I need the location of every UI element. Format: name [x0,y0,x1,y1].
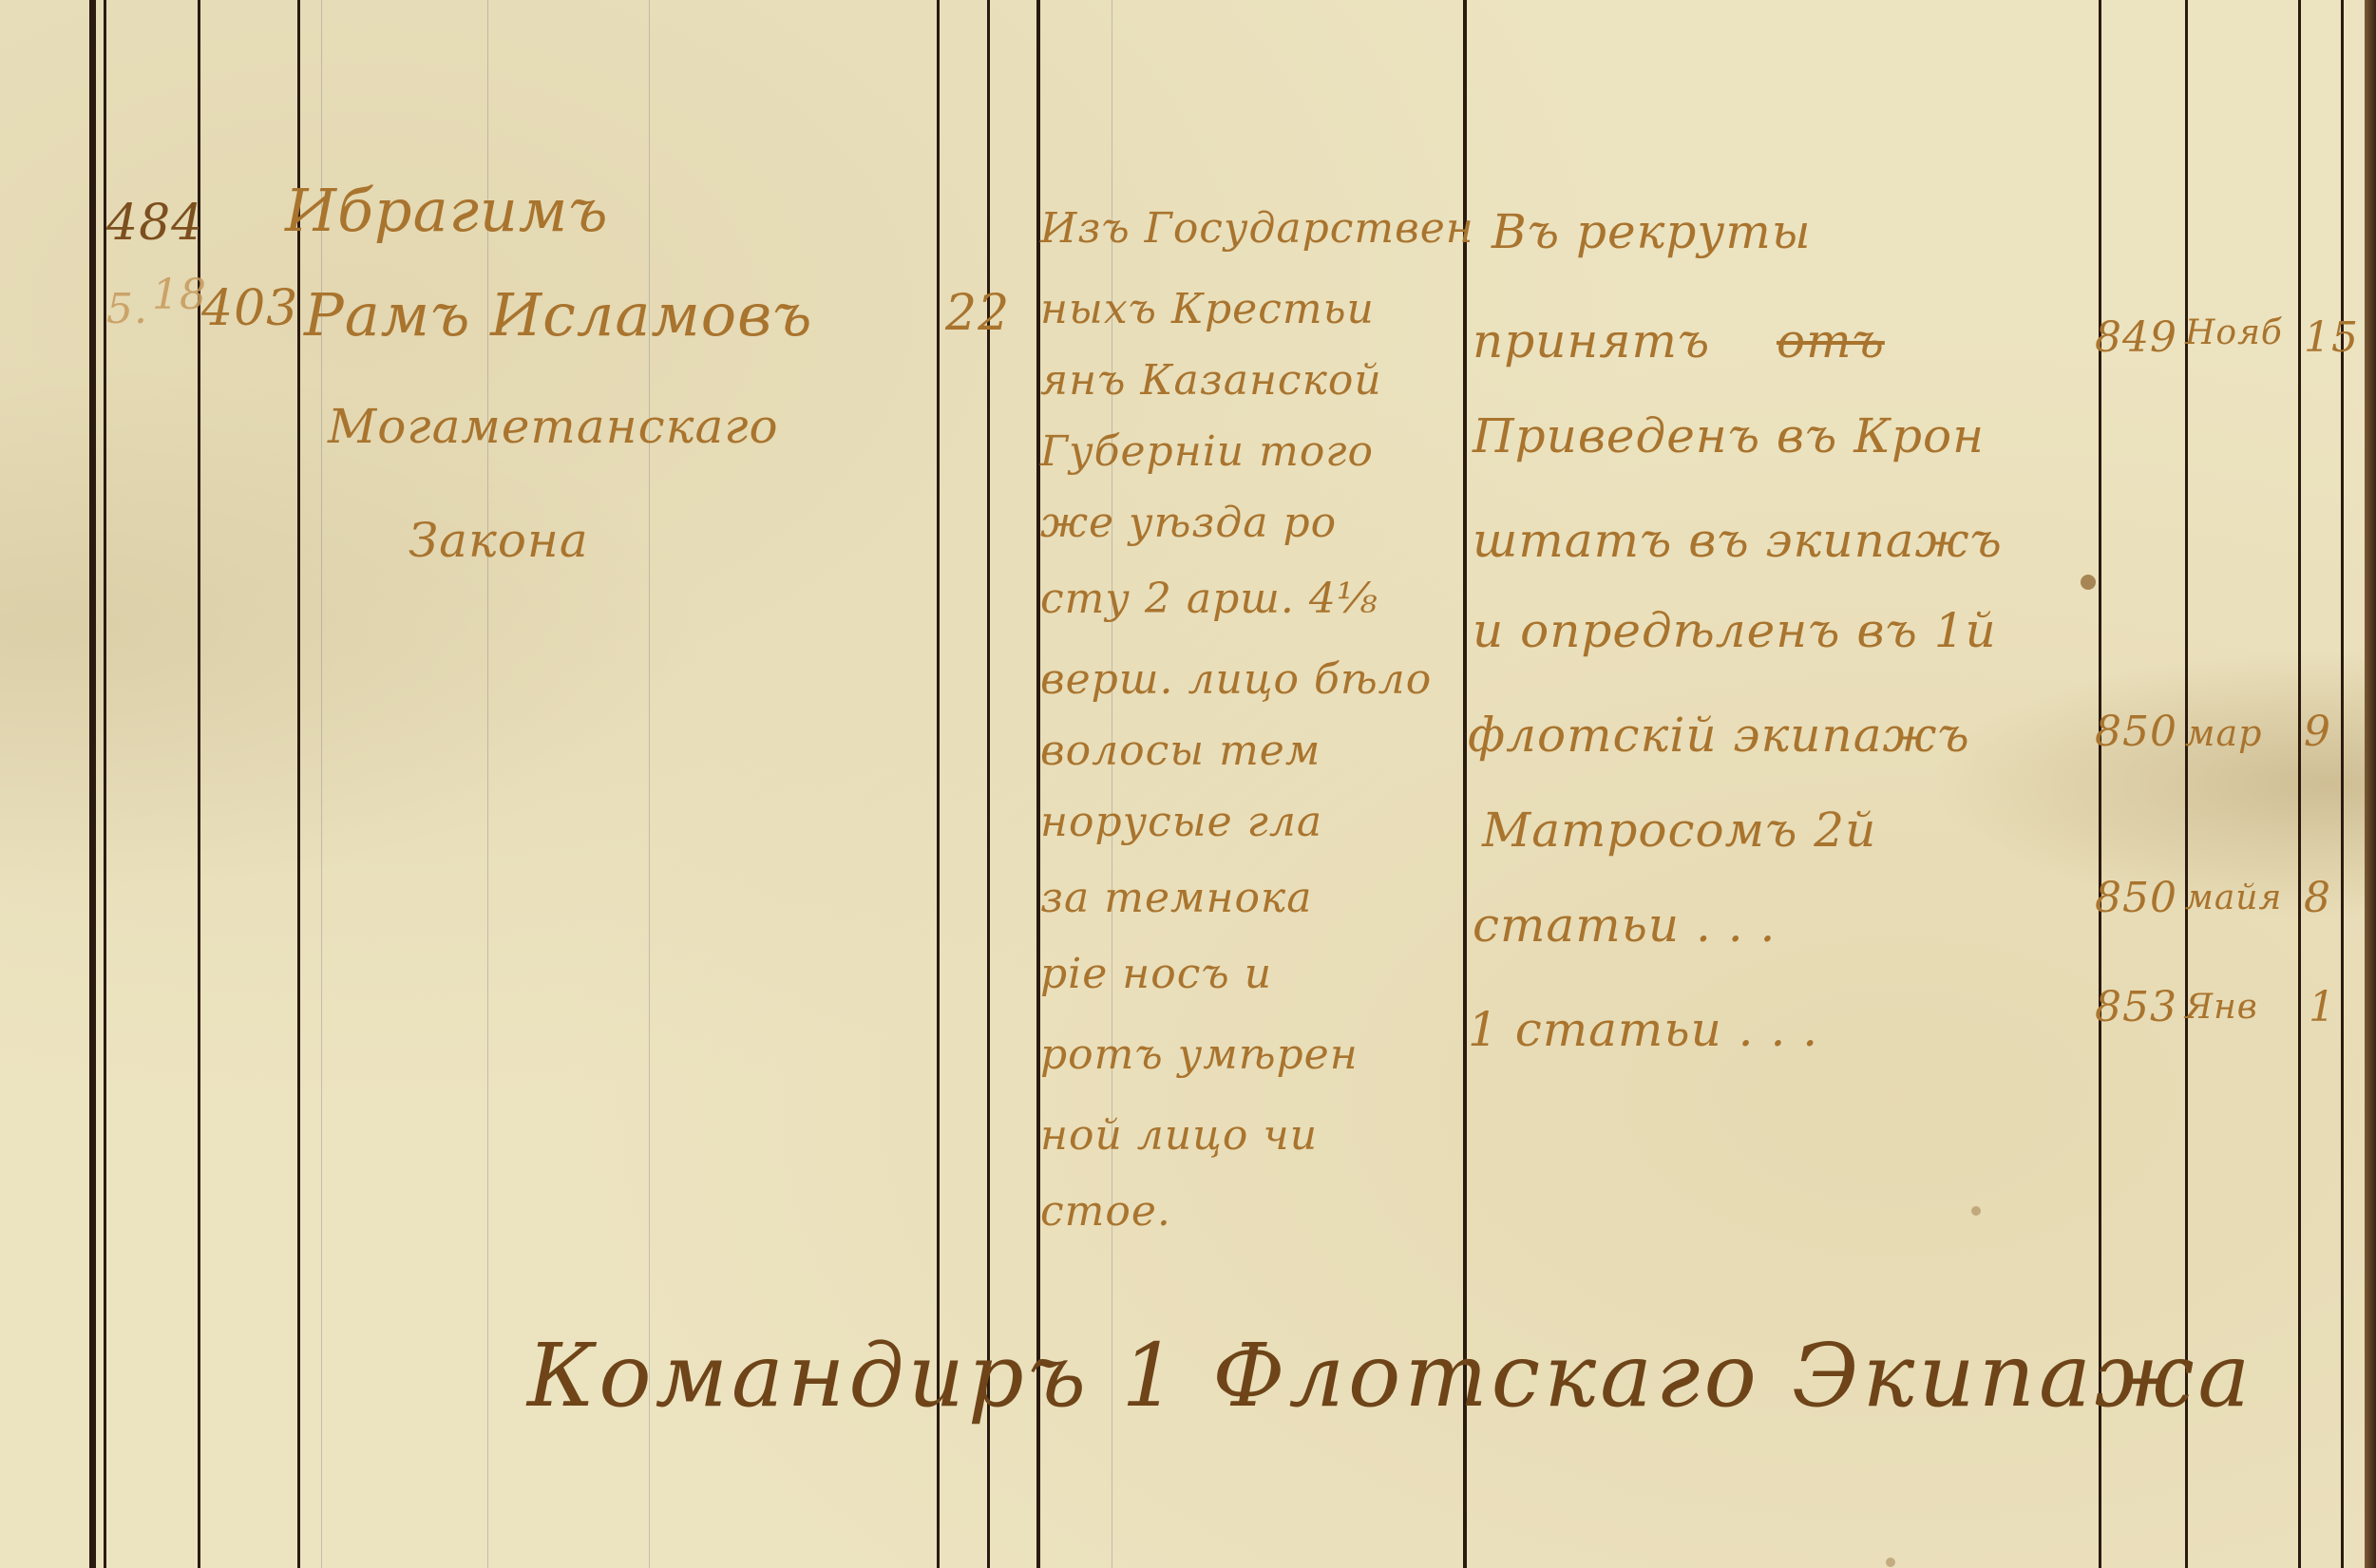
date-4-day: 1 [2309,983,2336,1031]
date-2-month: мар [2185,712,2263,754]
struck-text: отъ [1777,313,1885,368]
date-1-year: 849 [2095,313,2177,362]
name-line-3: Могаметанскаго [328,399,779,454]
sub-number-prefix: 5. [106,285,148,333]
entry-number: 484 [106,195,203,252]
origin-line-2: ныхъ Крестьи [1040,285,1375,333]
name-line-1: Ибрагимъ [285,176,609,245]
service-line-5: и опредѣленъ въ 1й [1473,603,1997,658]
book-spine-shadow [2365,0,2376,1568]
commander-signature: Командиръ 1 Флотскаго Экипажа [527,1325,2253,1426]
origin-line-3: янъ Казанской [1040,356,1382,405]
date-2-year: 850 [2095,708,2177,756]
origin-line-13: ной лицо чи [1040,1111,1318,1160]
origin-line-4: Губерніи того [1040,427,1374,476]
column-rule [2341,0,2344,1568]
paper-speck [1971,1206,1981,1216]
service-line-3: Приведенъ въ Крон [1473,408,1985,463]
origin-line-9: норусые гла [1040,798,1322,846]
origin-line-8: волосы тем [1040,727,1321,775]
margin-rule-thick [89,0,96,1568]
date-1-month: Нояб [2185,313,2283,352]
year-mark: 18 [152,271,207,319]
service-line-4: штатъ въ экипажъ [1473,513,2003,568]
date-4-month: Янв [2185,988,2258,1027]
name-line-4: Закона [409,513,589,568]
service-line-1: Въ рекруты [1492,204,1812,259]
service-line-6: флотскій экипажъ [1468,708,1970,763]
origin-line-6: сту 2 арш. 4⅛ [1040,575,1378,623]
date-3-year: 850 [2095,874,2177,922]
name-line-2: Рамъ Исламовъ [304,280,813,349]
date-3-day: 8 [2304,874,2331,922]
paper-speck [1886,1558,1895,1567]
date-2-day: 9 [2304,708,2331,756]
origin-line-11: ріе носъ и [1040,950,1272,998]
service-line-7: Матросомъ 2й [1482,803,1876,858]
date-3-month: майя [2185,878,2282,917]
service-line-9: 1 статьи . . . [1468,1002,1818,1057]
service-line-2: принятъ [1473,313,1710,368]
origin-line-14: стое. [1040,1187,1171,1236]
date-4-year: 853 [2095,983,2177,1031]
origin-line-10: за темнока [1040,874,1312,922]
origin-line-1: Изъ Государствен [1040,204,1474,253]
origin-line-5: же уѣзда ро [1040,499,1337,547]
age: 22 [945,285,1010,342]
origin-line-7: верш. лицо бѣло [1040,655,1432,704]
service-line-8: статьи . . . [1473,897,1776,953]
ink-blot [2081,575,2096,590]
date-1-day: 15 [2304,313,2359,362]
origin-line-12: ротъ умѣрен [1040,1030,1359,1079]
column-rule [2298,0,2301,1568]
list-number: 403 [201,280,298,337]
